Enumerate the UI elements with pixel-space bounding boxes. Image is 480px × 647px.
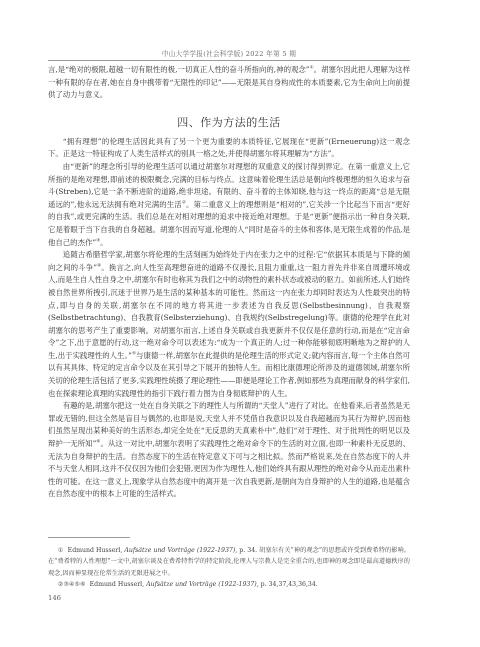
section-heading: 四、作为方法的生活 — [48, 116, 410, 130]
paragraph-text: 。从这一对比中,胡塞尔表明了实践理性之绝对命令下的生活的对立面,也即一种素朴无反… — [48, 439, 410, 498]
article-body: 言,是“绝对的极限,超越一切有限性的极,一切真正人性的奋斗所指向的,神的观念”①… — [48, 64, 410, 501]
footnote-text: , p. 34,37,43,36,34. — [257, 581, 318, 588]
footnote-author: Edmund Husserl, — [68, 547, 123, 554]
footnote-title: Aufsätze und Vorträge (1922-1937) — [146, 581, 257, 588]
paragraph: 由“更新”的理念所引导的伦理生活可以通过胡塞尔对理想的双重意义的探讨得到界定。在… — [48, 161, 410, 249]
footnote: ②③④⑤⑥ Edmund Husserl, Aufsätze und Vortr… — [48, 579, 410, 590]
footnote-author: Edmund Husserl, — [90, 581, 145, 588]
page-number: 146 — [48, 594, 61, 602]
running-header: 中山大学学报(社会科学版) 2022 年第 5 期 — [48, 48, 410, 58]
footnotes: ① Edmund Husserl, Aufsätze und Vorträge … — [48, 545, 410, 591]
paragraph: “拥有理想”的伦理生活因此具有了另一个更为重要的本质特征,它展现在“更新”(Er… — [48, 136, 410, 161]
intro-paragraph: 言,是“绝对的极限,超越一切有限性的极,一切真正人性的奋斗所指向的,神的观念”①… — [48, 64, 410, 102]
paragraph-text: 。 — [100, 238, 107, 247]
paragraph: 追随古希腊哲学家,胡塞尔将伦理的生活刻画为始终处于内在张力之中的过程:它“依据其… — [48, 249, 410, 400]
paragraph-text: “拥有理想”的伦理生活因此具有了另一个更为重要的本质特征,它展现在“更新”(Er… — [48, 137, 410, 159]
paragraph-text: 。换言之,向人性至高理想奋进的道路不仅漫长,且阻力重重,这一阻力首先并非来自周遭… — [48, 263, 410, 360]
footnote-title: Aufsätze und Vorträge (1922-1937) — [124, 547, 235, 554]
footnote-mark: ②③④⑤⑥ — [58, 581, 86, 588]
paragraph: 有趣的是,胡塞尔把这一处在自身关联之下的理性人与所谓的“天堂人”进行了对比。在他… — [48, 400, 410, 501]
footnote-mark: ① — [58, 547, 64, 554]
header-divider — [48, 60, 410, 61]
paragraph-text: 言,是“绝对的极限,超越一切有限性的极,一切真正人性的奋斗所指向的,神的观念” — [48, 65, 310, 74]
footnote-divider — [48, 537, 130, 538]
footnote: ① Edmund Husserl, Aufsätze und Vorträge … — [48, 545, 410, 579]
